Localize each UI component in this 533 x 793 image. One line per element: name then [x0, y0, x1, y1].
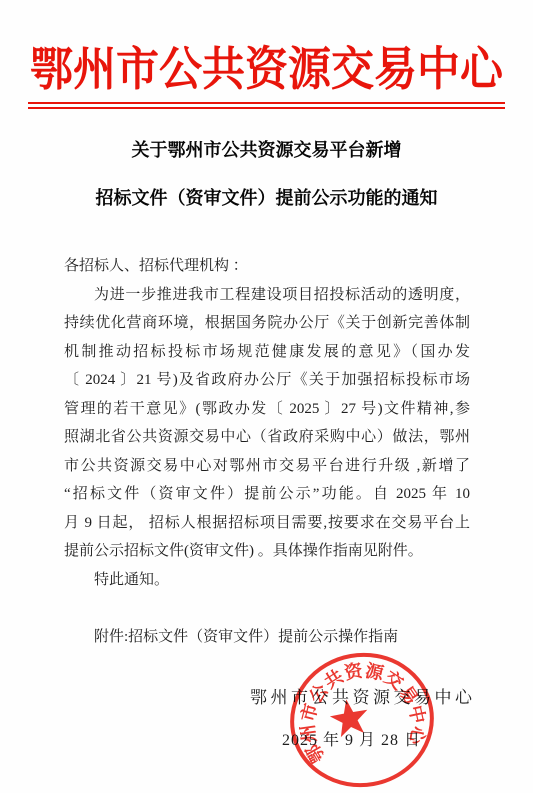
body-line: 〔 2024 〕21 号)及省政府办公厅《关于加强招标投标市场 [64, 366, 470, 395]
body-line: 提前公示招标文件(资审文件) 。具体操作指南见附件。 [64, 537, 470, 566]
salutation: 各招标人、招标代理机构 ： [64, 252, 470, 281]
body-line: 机制推动招标投标市场规范健康发展的意见》（国办发 [64, 338, 470, 367]
document-page: 鄂州市公共资源交易中心 关于鄂州市公共资源交易平台新增 招标文件（资审文件）提前… [0, 0, 533, 793]
letterhead-divider [28, 102, 505, 109]
body-line: 管理的若干意见》(鄂政办发〔 2025 〕27 号)文件精神,参 [64, 395, 470, 424]
body-line: 持续优化营商环境，根据国务院办公厅《关于创新完善体制 [64, 309, 470, 338]
body-line: 为进一步推进我市工程建设项目招投标活动的透明度， [64, 281, 470, 310]
seal-star-icon [327, 696, 371, 738]
svg-text:中: 中 [405, 703, 429, 725]
svg-text:州: 州 [297, 723, 319, 744]
body-line: 市公共资源交易中心对鄂州市交易平台进行升级 ,新增了 [64, 452, 470, 481]
official-seal: 鄂州市公共资源交易中心 [287, 649, 439, 793]
notice-body: 各招标人、招标代理机构 ： 为进一步推进我市工程建设项目招投标活动的透明度， 持… [64, 252, 470, 651]
body-line: “招标文件（资审文件）提前公示”功能。自 2025 年 10 [64, 480, 470, 509]
seal-arc-text: 鄂州市公共资源交易中心 [287, 649, 434, 768]
svg-text:资: 资 [343, 659, 365, 683]
notice-title-line2: 招标文件（资审文件）提前公示功能的通知 [0, 184, 533, 210]
letterhead-org-title: 鄂州市公共资源交易中心 [0, 33, 533, 99]
svg-text:心: 心 [406, 725, 429, 747]
body-line: 照湖北省公共资源交易中心（省政府采购中心）做法，鄂州 [64, 423, 470, 452]
body-line: 月 9 日起， 招标人根据招标项目需要,按要求在交易平台上 [64, 509, 470, 538]
notice-title-line1: 关于鄂州市公共资源交易平台新增 [0, 136, 533, 162]
attachment-note: 附件:招标文件（资审文件）提前公示操作指南 [64, 623, 470, 652]
closing-line: 特此通知。 [64, 566, 470, 595]
